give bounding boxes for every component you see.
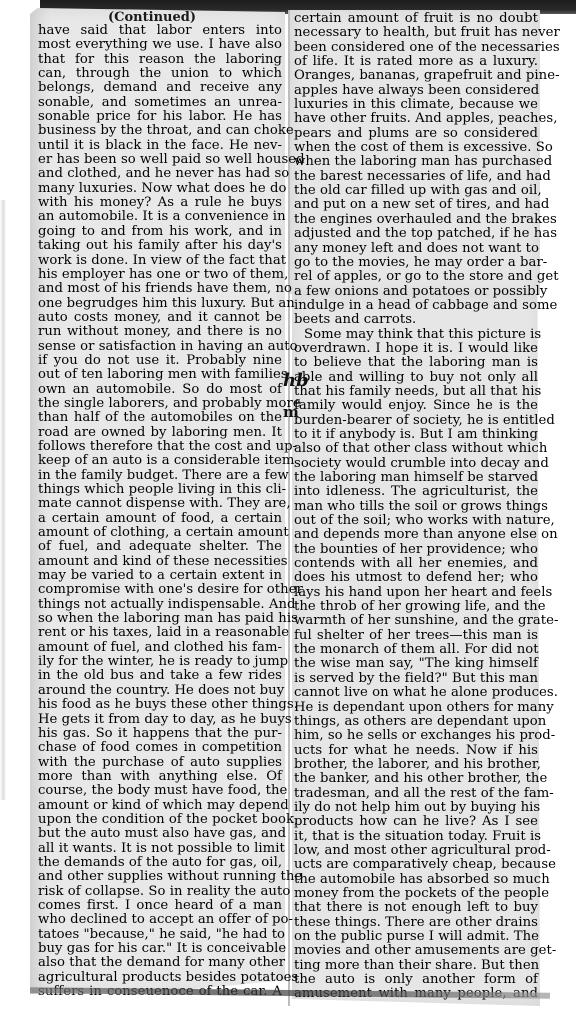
text-line: brother, the laborer, and his brother, (294, 758, 538, 772)
text-line: his gas. So it happens that the pur- (38, 727, 282, 741)
text-line: more than with anything else. Of (38, 770, 282, 784)
article-right-column: certain amount of fruit is no doubtneces… (294, 12, 538, 1002)
text-line: beets and carrots. (294, 313, 538, 327)
text-line: and most of his friends have them, no (38, 282, 282, 296)
text-line: with his money? As a rule he buys (38, 196, 282, 210)
text-line: Oranges, bananas, grapefruit and pine- (294, 69, 538, 83)
text-line: is served by the field?" But this man (294, 672, 538, 686)
text-line: amount or kind of which may depend (38, 799, 282, 813)
text-line: but the auto must also have gas, and (38, 827, 282, 841)
text-line: many luxuries. Now what does he do (38, 182, 282, 196)
text-line: follows therefore that the cost and up- (38, 440, 282, 454)
text-line: the monarch of them all. For did not (294, 643, 538, 657)
text-line: to believe that the laboring man is (294, 356, 538, 370)
text-line: necessary to health, but fruit has never (294, 26, 538, 40)
text-line: sonable, and sometimes an unrea- (38, 96, 282, 110)
text-line: ful shelter of her trees—this man is (294, 629, 538, 643)
margin-text-fragment: hb (283, 370, 309, 391)
text-line: all it wants. It is not possible to limi… (38, 842, 282, 856)
text-line: the engines overhauled and the brakes (294, 213, 538, 227)
text-line: buy gas for his car." It is conceivable (38, 942, 282, 956)
text-line: certain amount of fruit is no doubt (294, 12, 538, 26)
text-line: contends with all her enemies, and (294, 557, 538, 571)
text-line: any money left and does not want to (294, 242, 538, 256)
text-line: ily for the winter, he is ready to jump (38, 655, 282, 669)
text-line: with the purchase of auto supplies (38, 756, 282, 770)
scan-edge (0, 200, 6, 800)
text-line: and depends more than anyone else on (294, 528, 538, 542)
text-line: if you do not use it. Probably nine (38, 354, 282, 368)
text-line: society would crumble into decay and (294, 457, 538, 471)
text-line: things which people living in this cli- (38, 483, 282, 497)
text-line: risk of collapse. So in reality the auto (38, 885, 282, 899)
text-line: ily do not help him out by buying his (294, 801, 538, 815)
text-line: the banker, and his other brother, the (294, 772, 538, 786)
text-line: amount and kind of these necessities (38, 555, 282, 569)
text-line: course, the body must have food, the (38, 784, 282, 798)
text-line: so when the laboring man has paid his (38, 612, 282, 626)
article-left-column: have said that labor enters intomost eve… (38, 24, 282, 999)
text-line: sonable price for his labor. He has (38, 110, 282, 124)
text-line: burden-bearer of society, he is entitled (294, 414, 538, 428)
text-line: agricultural products besides potatoes (38, 971, 282, 985)
text-line: indulge in a head of cabbage and some (294, 299, 538, 313)
text-line: movies and other amusements are get- (294, 944, 538, 958)
text-line: into idleness. The agriculturist, the (294, 485, 538, 499)
text-line: the demands of the auto for gas, oil, (38, 856, 282, 870)
text-line: compromise with one's desire for other (38, 583, 282, 597)
text-line: that his family needs, but all that his (294, 385, 538, 399)
text-line: have said that labor enters into (38, 24, 282, 38)
text-line: things not actually indispensable. And (38, 598, 282, 612)
text-line: rel of apples, or go to the store and ge… (294, 270, 538, 284)
text-line: and clothed, and he never has had so (38, 167, 282, 181)
text-line: taking out his family after his day's (38, 239, 282, 253)
text-line: ucts for what he needs. Now if his (294, 744, 538, 758)
text-line: a few onions and potatoes or possibly (294, 285, 538, 299)
text-line: road are owned by laboring men. It (38, 426, 282, 440)
text-line: rent or his taxes, laid in a reasonable (38, 626, 282, 640)
text-line: the automobile has absorbed so much (294, 873, 538, 887)
text-line: his employer has one or two of them, (38, 268, 282, 282)
text-line: one begrudges him this luxury. But an (38, 297, 282, 311)
text-line: a certain amount of food, a certain (38, 512, 282, 526)
text-line: He gets it from day to day, as he buys (38, 713, 282, 727)
text-line: going to and from his work, and in (38, 225, 282, 239)
text-line: comes first. I once heard of a man (38, 899, 282, 913)
text-line: the barest necessaries of life, and had (294, 170, 538, 184)
text-line: does his utmost to defend her; who (294, 571, 538, 585)
text-line: of life. It is rated more as a luxury. (294, 55, 538, 69)
text-line: luxuries in this climate, because we (294, 98, 538, 112)
text-line: who declined to accept an offer of po- (38, 913, 282, 927)
text-line: business by the throat, and can choke (38, 124, 282, 138)
text-line: the laboring man himself be starved (294, 471, 538, 485)
text-line: adjusted and the top patched, if he has (294, 227, 538, 241)
text-line: tradesman, and all the rest of the fam- (294, 787, 538, 801)
text-line: keep of an auto is a considerable item (38, 454, 282, 468)
text-line: ucts are comparatively cheap, because (294, 858, 538, 872)
text-line: Some may think that this picture is (294, 328, 538, 342)
text-line: lays his hand upon her heart and feels (294, 586, 538, 600)
text-line: amount of fuel, and clothed his fam- (38, 641, 282, 655)
text-line: the throb of her growing life, and the (294, 600, 538, 614)
text-line: his food as he buys these other things. (38, 698, 282, 712)
text-line: that for this reason the laboring (38, 53, 282, 67)
text-line: on the public purse I will admit. The (294, 930, 538, 944)
text-line: low, and most other agricultural prod- (294, 844, 538, 858)
text-line: apples have always been considered (294, 84, 538, 98)
text-line: him, so he sells or exchanges his prod- (294, 729, 538, 743)
text-line: have other fruits. And apples, peaches, (294, 112, 538, 126)
text-line: than half of the automobiles on the (38, 411, 282, 425)
text-line: when the laboring man has purchased (294, 155, 538, 169)
text-line: out of the soil; who works with nature, (294, 514, 538, 528)
text-line: of fuel, and adequate shelter. The (38, 540, 282, 554)
text-line: He is dependant upon others for many (294, 701, 538, 715)
text-line: able and willing to buy not only all (294, 371, 538, 385)
text-line: products how can he live? As I see (294, 815, 538, 829)
text-line: and other supplies without running the (38, 870, 282, 884)
text-line: may be varied to a certain extent in (38, 569, 282, 583)
text-line: also that the demand for many other (38, 956, 282, 970)
text-line: family would enjoy. Since he is the (294, 399, 538, 413)
text-line: work is done. In view of the fact that (38, 254, 282, 268)
text-line: when the cost of them is excessive. So (294, 141, 538, 155)
text-line: go to the movies, he may order a bar- (294, 256, 538, 270)
text-line: until it is black in the face. He nev- (38, 139, 282, 153)
text-line: own an automobile. So do most of (38, 383, 282, 397)
text-line: around the country. He does not buy (38, 684, 282, 698)
text-line: been considered one of the necessaries (294, 41, 538, 55)
text-line: er has been so well paid so well housed (38, 153, 282, 167)
text-line: the bounties of her providence; who (294, 543, 538, 557)
text-line: most everything we use. I have also (38, 38, 282, 52)
text-line: ting more than their share. But then (294, 959, 538, 973)
text-line: mate cannot dispense with. They are, (38, 497, 282, 511)
text-line: amount of clothing, a certain amount (38, 526, 282, 540)
text-line: warmth of her sunshine, and the grate- (294, 614, 538, 628)
text-line: run without money, and there is no (38, 325, 282, 339)
text-line: an automobile. It is a convenience in (38, 210, 282, 224)
text-line: and put on a new set of tires, and had (294, 198, 538, 212)
text-line: the old car filled up with gas and oil, (294, 184, 538, 198)
text-line: out of ten laboring men with families (38, 368, 282, 382)
text-line: the auto is only another form of (294, 973, 538, 987)
margin-text-fragment: m (283, 403, 299, 421)
text-line: things, as others are dependant upon (294, 715, 538, 729)
text-line: in the family budget. There are a few (38, 469, 282, 483)
text-line: these things. There are other drains (294, 916, 538, 930)
text-line: the wise man say, "The king himself (294, 657, 538, 671)
text-line: also of that other class without which (294, 442, 538, 456)
text-line: tatoes "because," he said, "he had to (38, 928, 282, 942)
text-line: in the old bus and take a few rides (38, 669, 282, 683)
text-line: can, through the union to which (38, 67, 282, 81)
text-line: overdrawn. I hope it is. I would like (294, 342, 538, 356)
text-line: sense or satisfaction in having an auto (38, 340, 282, 354)
text-line: it, that is the situation today. Fruit i… (294, 830, 538, 844)
text-line: man who tills the soil or grows things (294, 500, 538, 514)
text-line: cannot live on what he alone produces. (294, 686, 538, 700)
text-line: chase of food comes in competition (38, 741, 282, 755)
text-line: auto costs money, and it cannot be (38, 311, 282, 325)
text-line: pears and plums are so considered (294, 127, 538, 141)
text-line: belongs, demand and receive any (38, 81, 282, 95)
text-line: that there is not enough left to buy (294, 901, 538, 915)
text-line: the single laborers, and probably more (38, 397, 282, 411)
text-line: upon the condition of the pocket book, (38, 813, 282, 827)
text-line: money from the pockets of the people (294, 887, 538, 901)
text-line: to it if anybody is. But I am thinking (294, 428, 538, 442)
